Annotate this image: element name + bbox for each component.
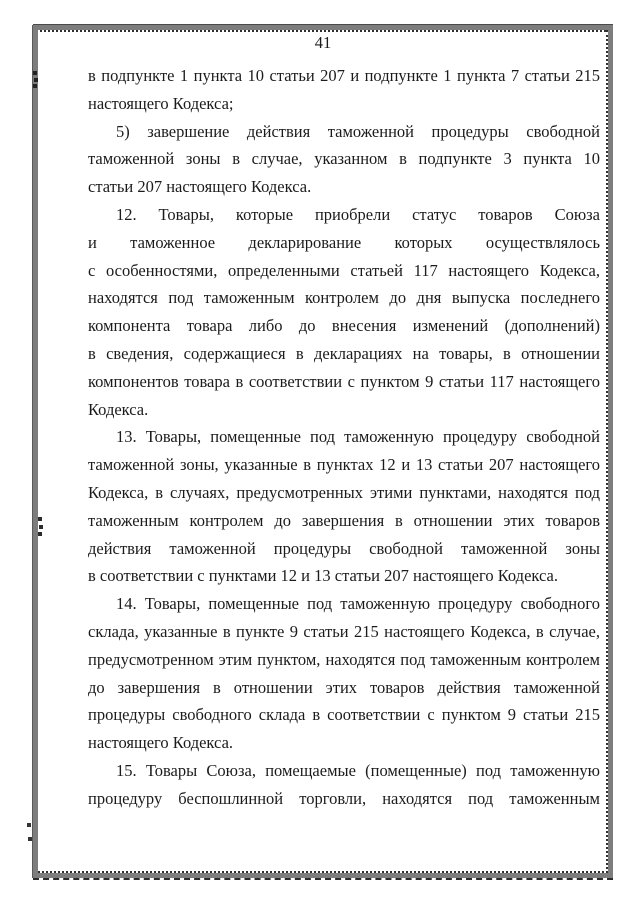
text-line: и таможенное декларирование которых осущ… xyxy=(88,229,600,257)
text-line: действия таможенной процедуры свободной … xyxy=(88,535,600,563)
text-line: с особенностями, определенными статьей 1… xyxy=(88,257,600,285)
text-line: процедуры свободного склада в соответств… xyxy=(88,701,600,729)
text-line: в сведения, содержащиеся в декларациях н… xyxy=(88,340,600,368)
page-number: 41 xyxy=(33,33,613,53)
text-line-paragraph-start: 12. Товары, которые приобрели статус тов… xyxy=(88,201,600,229)
scanned-document-page: { "doc": { "page_number": "41", "colors"… xyxy=(0,0,640,905)
frame-top-dotted-line xyxy=(40,30,606,32)
text-line: предусмотренном этим пунктом, находятся … xyxy=(88,646,600,674)
frame-bottom-dashed-line xyxy=(33,878,613,880)
text-line: Кодекса. xyxy=(88,396,600,424)
text-line: в подпункте 1 пункта 10 статьи 207 и под… xyxy=(88,62,600,90)
text-line-paragraph-start: 13. Товары, помещенные под таможенную пр… xyxy=(88,423,600,451)
text-line: таможенной зоны, указанные в пунктах 12 … xyxy=(88,451,600,479)
text-line: в соответствии с пунктами 12 и 13 статьи… xyxy=(88,562,600,590)
text-line: Кодекса, в случаях, предусмотренных этим… xyxy=(88,479,600,507)
text-line: склада, указанные в пункте 9 статьи 215 … xyxy=(88,618,600,646)
text-line: компонентов товара в соответствии с пунк… xyxy=(88,368,600,396)
frame-right-dotted-line xyxy=(606,30,608,873)
scan-noise-specks xyxy=(0,0,2,2)
text-line: до завершения в отношении этих товаров д… xyxy=(88,674,600,702)
text-line: настоящего Кодекса; xyxy=(88,90,600,118)
text-line: статьи 207 настоящего Кодекса. xyxy=(88,173,600,201)
text-line: таможенным контролем до завершения в отн… xyxy=(88,507,600,535)
frame-bottom-dotted-line xyxy=(38,871,608,873)
text-line-paragraph-start: 14. Товары, помещенные под таможенную пр… xyxy=(88,590,600,618)
document-text-block: в подпункте 1 пункта 10 статьи 207 и под… xyxy=(88,62,600,813)
text-line: процедуру беспошлинной торговли, находят… xyxy=(88,785,600,813)
text-line: компонента товара либо до внесения измен… xyxy=(88,312,600,340)
text-line: таможенной зоны в случае, указанном в по… xyxy=(88,145,600,173)
text-line-paragraph-start: 5) завершение действия таможенной процед… xyxy=(88,118,600,146)
text-line: находятся под таможенным контролем до дн… xyxy=(88,284,600,312)
text-line: настоящего Кодекса. xyxy=(88,729,600,757)
text-line-paragraph-start: 15. Товары Союза, помещаемые (помещенные… xyxy=(88,757,600,785)
